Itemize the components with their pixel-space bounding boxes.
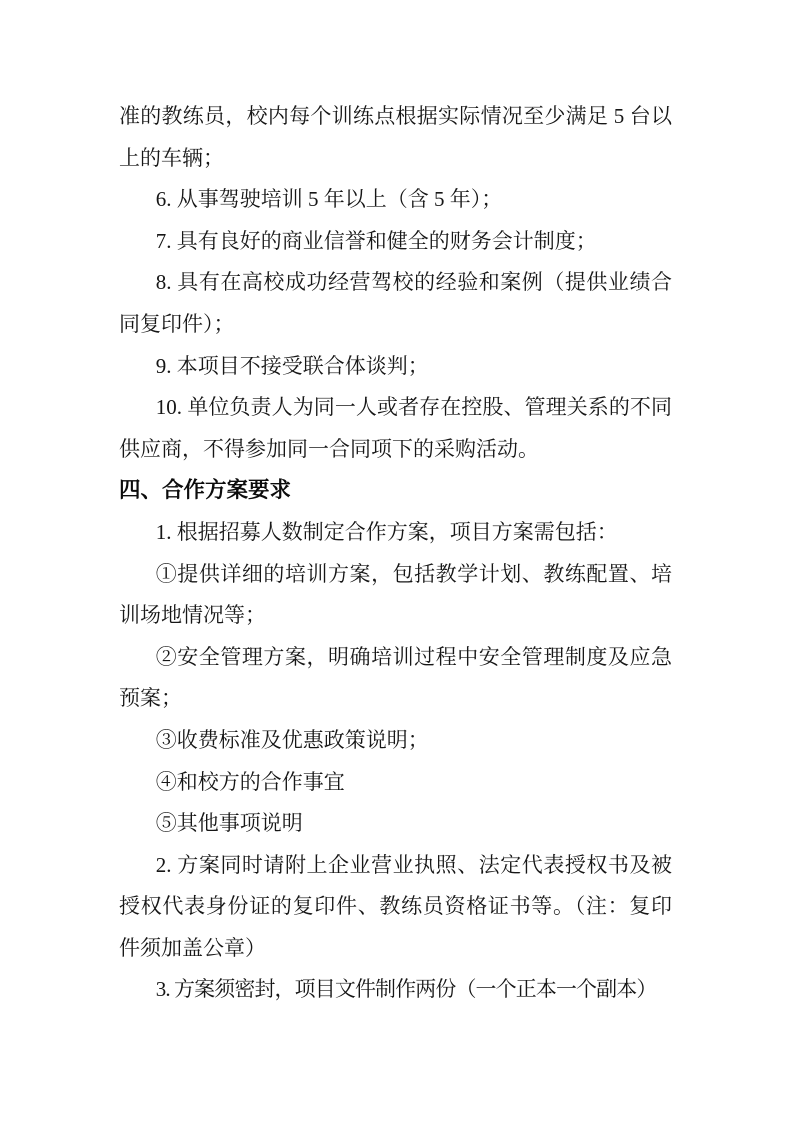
paragraph-plan-item-1: 1. 根据招募人数制定合作方案，项目方案需包括： xyxy=(119,512,672,554)
paragraph-plan-subitem-2: ②安全管理方案，明确培训过程中安全管理制度及应急预案； xyxy=(119,637,672,720)
paragraph-item-10: 10. 单位负责人为同一人或者存在控股、管理关系的不同供应商，不得参加同一合同项… xyxy=(119,387,672,470)
document-body: 准的教练员，校内每个训练点根据实际情况至少满足 5 台以上的车辆； 6. 从事驾… xyxy=(119,96,672,1011)
paragraph-continuation: 准的教练员，校内每个训练点根据实际情况至少满足 5 台以上的车辆； xyxy=(119,96,672,179)
paragraph-plan-subitem-1: ①提供详细的培训方案，包括教学计划、教练配置、培训场地情况等； xyxy=(119,554,672,637)
paragraph-plan-item-2: 2. 方案同时请附上企业营业执照、法定代表授权书及被授权代表身份证的复印件、教练… xyxy=(119,845,672,970)
paragraph-plan-item-3: 3. 方案须密封，项目文件制作两份（一个正本一个副本） xyxy=(119,969,672,1011)
section-heading: 四、合作方案要求 xyxy=(119,470,672,512)
paragraph-item-8: 8. 具有在高校成功经营驾校的经验和案例（提供业绩合同复印件）； xyxy=(119,262,672,345)
paragraph-plan-subitem-3: ③收费标准及优惠政策说明； xyxy=(119,720,672,762)
document-page: 准的教练员，校内每个训练点根据实际情况至少满足 5 台以上的车辆； 6. 从事驾… xyxy=(0,0,794,1122)
paragraph-plan-subitem-5: ⑤其他事项说明 xyxy=(119,803,672,845)
paragraph-item-7: 7. 具有良好的商业信誉和健全的财务会计制度； xyxy=(119,221,672,263)
paragraph-item-6: 6. 从事驾驶培训 5 年以上（含 5 年）； xyxy=(119,179,672,221)
paragraph-plan-subitem-4: ④和校方的合作事宜 xyxy=(119,762,672,804)
paragraph-item-9: 9. 本项目不接受联合体谈判； xyxy=(119,346,672,388)
